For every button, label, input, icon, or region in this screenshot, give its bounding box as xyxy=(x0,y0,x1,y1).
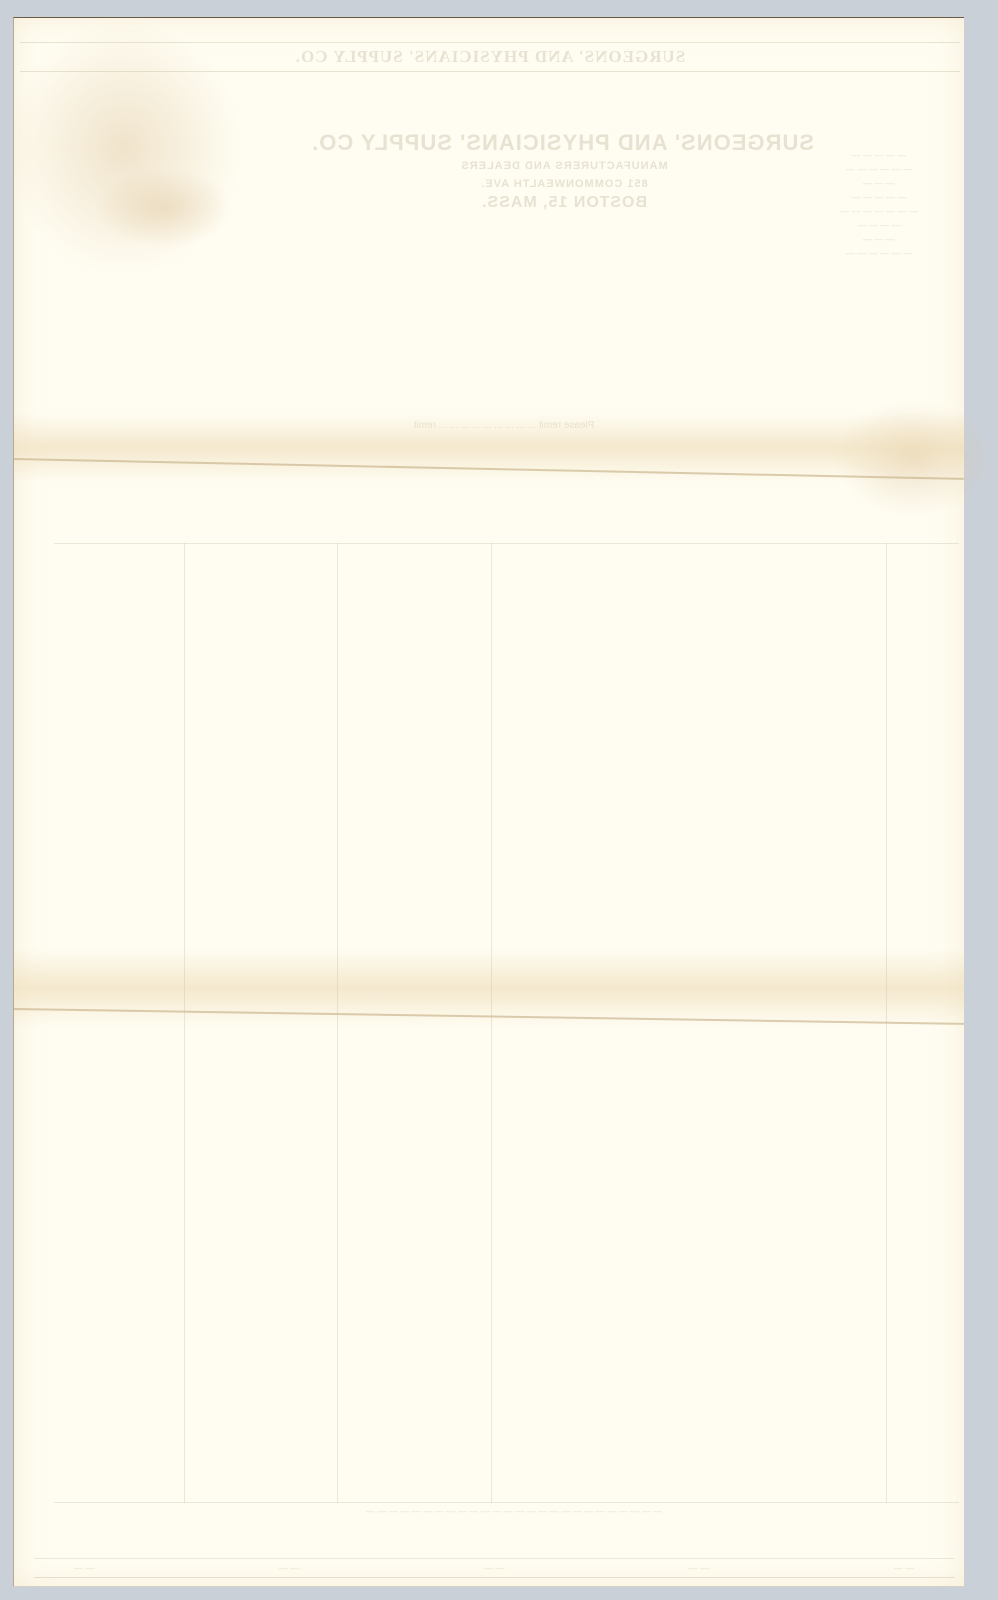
upper-fold-crease xyxy=(14,458,964,480)
footer-note-text: — — — — — — — — — — — — — — — — — — — — … xyxy=(104,1506,924,1516)
footer-cell: — — xyxy=(484,1559,505,1577)
footer-cell: — — xyxy=(893,1559,914,1577)
table-header-rule xyxy=(54,543,959,544)
footer-cell: — — xyxy=(279,1559,300,1577)
right-block-line: — — — — — xyxy=(794,190,964,204)
mirrored-address: 851 COMMONWEALTH AVE. xyxy=(314,178,814,190)
table-column-divider xyxy=(491,543,492,1503)
mirrored-remit-line: Please remit ... ... ... ... ... ... ...… xyxy=(194,420,814,431)
table-bottom-rule xyxy=(54,1502,959,1503)
scanned-document-page: SURGEONS' AND PHYSICIANS' SUPPLY CO. SUR… xyxy=(13,17,964,1587)
remit-text: Please remit ... ... ... ... ... ... ...… xyxy=(194,420,814,431)
mirrored-header: SURGEONS' AND PHYSICIANS' SUPPLY CO. MAN… xyxy=(314,130,814,212)
footer-cell: — — xyxy=(74,1559,95,1577)
age-stain xyxy=(94,168,234,248)
mirrored-city: BOSTON 15, MASS. xyxy=(314,194,814,212)
table-column-divider xyxy=(337,543,338,1503)
mirrored-right-block: — — — — — — — — — — — — — — — — — — — — … xyxy=(794,148,964,260)
table-column-divider xyxy=(886,543,887,1503)
right-block-line: — — — — — — — xyxy=(794,204,964,218)
right-block-line: — — — — — — xyxy=(794,246,964,260)
right-block-line: — — — xyxy=(794,232,964,246)
right-block-line: — — — — — — xyxy=(794,162,964,176)
mirrored-company-name: SURGEONS' AND PHYSICIANS' SUPPLY CO. xyxy=(314,130,814,156)
right-block-line: — — — — — xyxy=(794,148,964,162)
right-block-line: — — — xyxy=(794,176,964,190)
faint-table-grid xyxy=(54,543,959,1503)
mirrored-footer-row: — — — — — — — — — — xyxy=(34,1558,954,1578)
footer-cell: — — xyxy=(689,1559,710,1577)
footer-row-cells: — — — — — — — — — — xyxy=(34,1559,954,1577)
table-column-divider xyxy=(184,543,185,1503)
mirrored-company-strip-text: SURGEONS' AND PHYSICIANS' SUPPLY CO. xyxy=(20,43,960,71)
age-stain xyxy=(834,398,994,518)
right-block-line: — — — — xyxy=(794,218,964,232)
mirrored-top-strip: SURGEONS' AND PHYSICIANS' SUPPLY CO. xyxy=(20,42,960,72)
mirrored-subtitle: MANUFACTURERS AND DEALERS xyxy=(314,160,814,172)
mirrored-footer-note: — — — — — — — — — — — — — — — — — — — — … xyxy=(104,1506,924,1516)
